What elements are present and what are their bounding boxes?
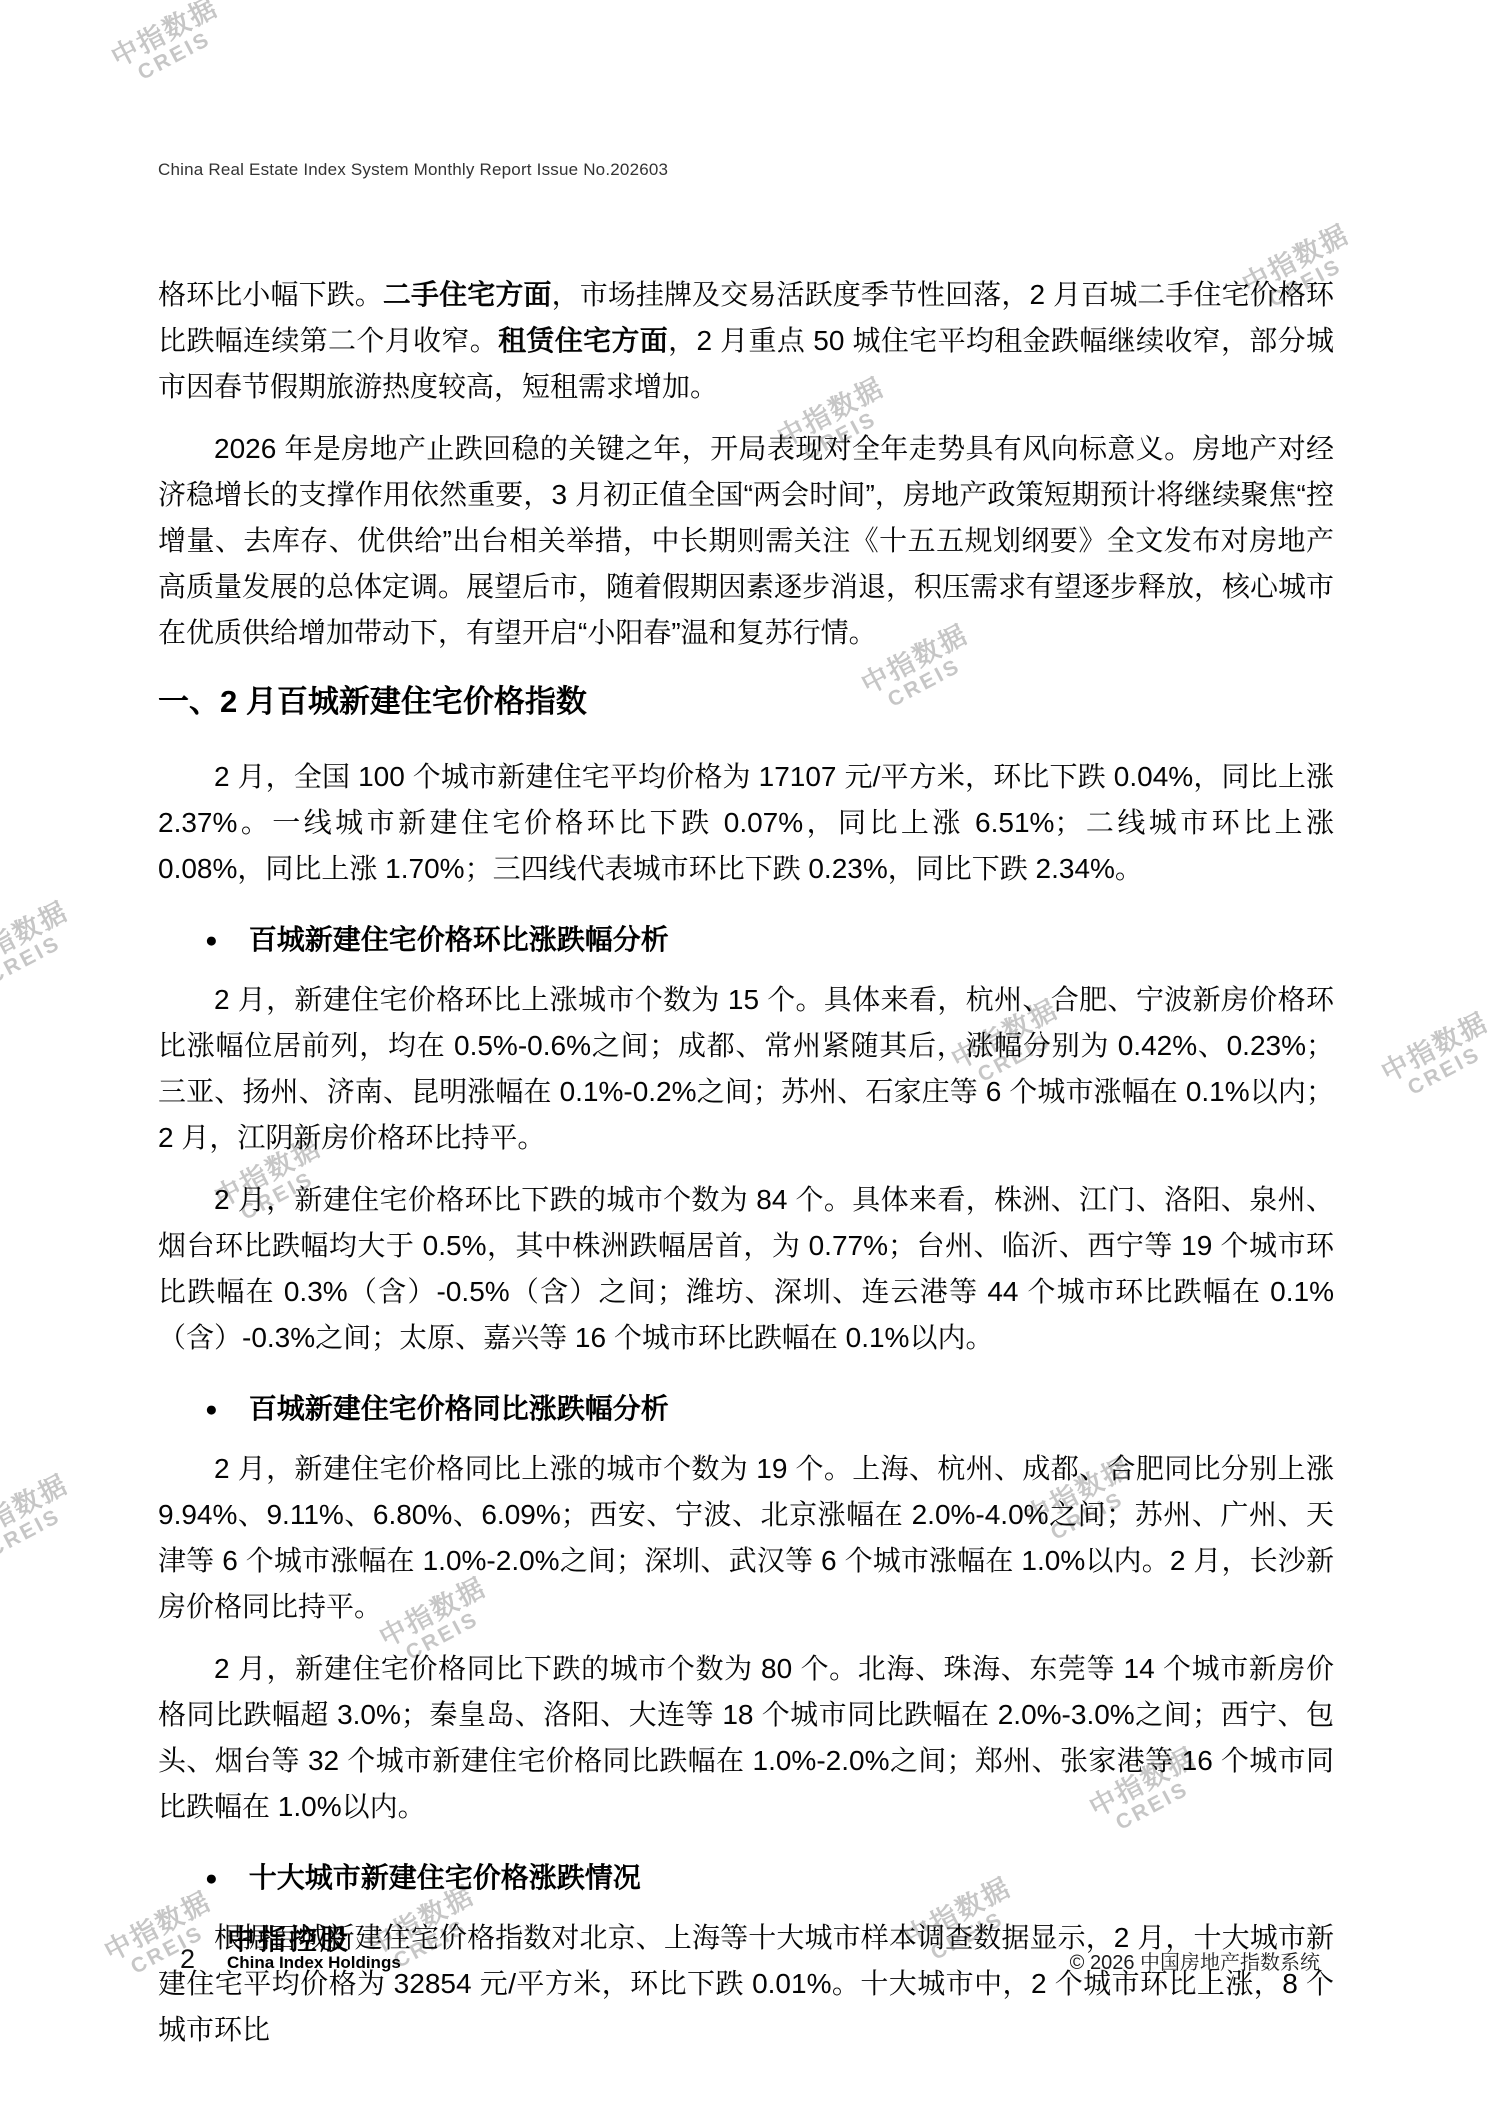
- text-segment: 格环比小幅下跌。: [158, 279, 383, 310]
- paragraph: 2 月，新建住宅价格同比上涨的城市个数为 19 个。上海、杭州、成都、合肥同比分…: [158, 1446, 1334, 1630]
- text-segment: 2026 年是房地产止跌回稳的关键之年，开局表现对全年走势具有风向标意义。房地产…: [158, 433, 1334, 648]
- creis-watermark: 中指数据CREIS: [0, 898, 83, 996]
- paragraph: 根据百城新建住宅价格指数对北京、上海等十大城市样本调查数据显示，2 月，十大城市…: [158, 1915, 1334, 2053]
- bullet-heading: ●百城新建住宅价格同比涨跌幅分析: [158, 1385, 1334, 1434]
- paragraph: 格环比小幅下跌。二手住宅方面，市场挂牌及交易活跃度季节性回落，2 月百城二手住宅…: [158, 272, 1334, 410]
- text-segment: 二手住宅方面: [383, 279, 552, 310]
- document-body: 格环比小幅下跌。二手住宅方面，市场挂牌及交易活跃度季节性回落，2 月百城二手住宅…: [158, 272, 1334, 2069]
- paragraph: 2 月，全国 100 个城市新建住宅平均价格为 17107 元/平方米，环比下跌…: [158, 754, 1334, 892]
- document-page: 中指数据CREIS中指数据CREIS中指数据CREIS中指数据CREIS中指数据…: [0, 0, 1488, 2104]
- text-segment: 2 月，新建住宅价格环比下跌的城市个数为 84 个。具体来看，株洲、江门、洛阳、…: [158, 1184, 1334, 1353]
- text-segment: 2 月，新建住宅价格同比上涨的城市个数为 19 个。上海、杭州、成都、合肥同比分…: [158, 1453, 1334, 1622]
- bullet-icon: ●: [205, 1398, 218, 1421]
- paragraph: 2 月，新建住宅价格同比下跌的城市个数为 80 个。北海、珠海、东莞等 14 个…: [158, 1646, 1334, 1830]
- text-segment: 租赁住宅方面: [498, 325, 668, 356]
- text-segment: 2 月，新建住宅价格同比下跌的城市个数为 80 个。北海、珠海、东莞等 14 个…: [158, 1653, 1334, 1822]
- paragraph: 2 月，新建住宅价格环比下跌的城市个数为 84 个。具体来看，株洲、江门、洛阳、…: [158, 1177, 1334, 1361]
- text-segment: 2 月，全国 100 个城市新建住宅平均价格为 17107 元/平方米，环比下跌…: [158, 761, 1334, 884]
- bullet-heading-label: 十大城市新建住宅价格涨跌情况: [249, 1862, 641, 1893]
- bullet-heading: ●十大城市新建住宅价格涨跌情况: [158, 1854, 1334, 1903]
- bullet-icon: ●: [205, 929, 218, 952]
- bullet-heading-label: 百城新建住宅价格同比涨跌幅分析: [249, 1393, 669, 1424]
- text-segment: 根据百城新建住宅价格指数对北京、上海等十大城市样本调查数据显示，2 月，十大城市…: [158, 1922, 1334, 2045]
- creis-watermark: 中指数据CREIS: [1377, 1009, 1488, 1107]
- bullet-icon: ●: [205, 1867, 218, 1890]
- creis-watermark: 中指数据CREIS: [0, 1471, 83, 1569]
- creis-watermark: 中指数据CREIS: [107, 0, 232, 91]
- text-segment: 2 月，新建住宅价格环比上涨城市个数为 15 个。具体来看，杭州、合肥、宁波新房…: [158, 984, 1334, 1153]
- report-header: China Real Estate Index System Monthly R…: [158, 160, 668, 180]
- section-heading: 一、2 月百城新建住宅价格指数: [158, 676, 1334, 728]
- bullet-heading: ●百城新建住宅价格环比涨跌幅分析: [158, 916, 1334, 965]
- paragraph: 2 月，新建住宅价格环比上涨城市个数为 15 个。具体来看，杭州、合肥、宁波新房…: [158, 977, 1334, 1161]
- bullet-heading-label: 百城新建住宅价格环比涨跌幅分析: [249, 924, 669, 955]
- paragraph: 2026 年是房地产止跌回稳的关键之年，开局表现对全年走势具有风向标意义。房地产…: [158, 426, 1334, 656]
